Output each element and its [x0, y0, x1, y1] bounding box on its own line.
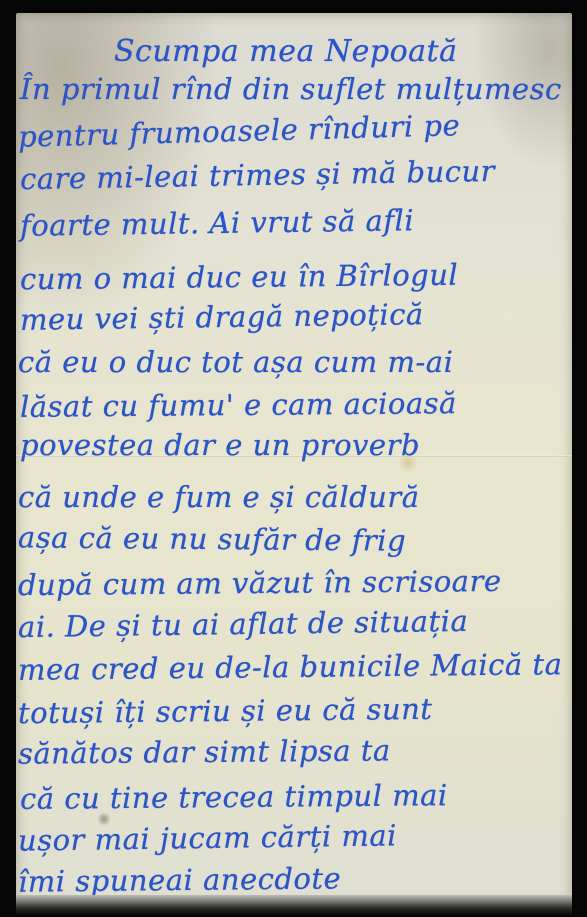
letter-line: după cum am văzut în scrisoare — [18, 567, 502, 600]
letter-line: că unde e fum e și căldură — [18, 483, 420, 512]
handwritten-letter: Scumpa mea Nepoată În primul rînd din su… — [16, 13, 572, 906]
letter-line: că eu o duc tot așa cum m-ai — [18, 348, 453, 377]
letter-line: sănătos dar simt lipsa ta — [18, 736, 391, 768]
letter-line: ușor mai jucam cărți mai — [18, 821, 397, 855]
letter-line: care mi-leai trimes și mă bucur — [20, 157, 495, 194]
letter-line: În primul rînd din suflet mulțumesc — [20, 75, 562, 104]
paper-bottom-edge — [16, 895, 572, 917]
letter-line: lăsat cu fumu' e cam acioasă — [20, 389, 457, 422]
letter-line: foarte mult. Ai vrut să afli — [20, 206, 414, 241]
letter-line: cum o mai duc eu în Bîrlogul — [20, 261, 459, 295]
letter-line: așa că eu nu sufăr de frig — [18, 523, 406, 555]
letter-line: pentru frumoasele rînduri pe — [18, 111, 461, 152]
letter-salutation: Scumpa mea Nepoată — [114, 37, 457, 67]
letter-line: că cu tine trecea timpul mai — [20, 781, 448, 814]
letter-line: mea cred eu de-la bunicile Maică ta — [18, 650, 563, 685]
letter-line: totuși îți scriu și eu că sunt — [18, 695, 433, 728]
letter-line: ai. De și tu ai aflat de situația — [18, 607, 469, 642]
letter-line: povestea dar e un proverb — [20, 431, 420, 460]
letter-line: meu vei ști dragă nepoțică — [20, 300, 424, 335]
letter-line: îmi spuneai anecdote — [18, 864, 342, 896]
